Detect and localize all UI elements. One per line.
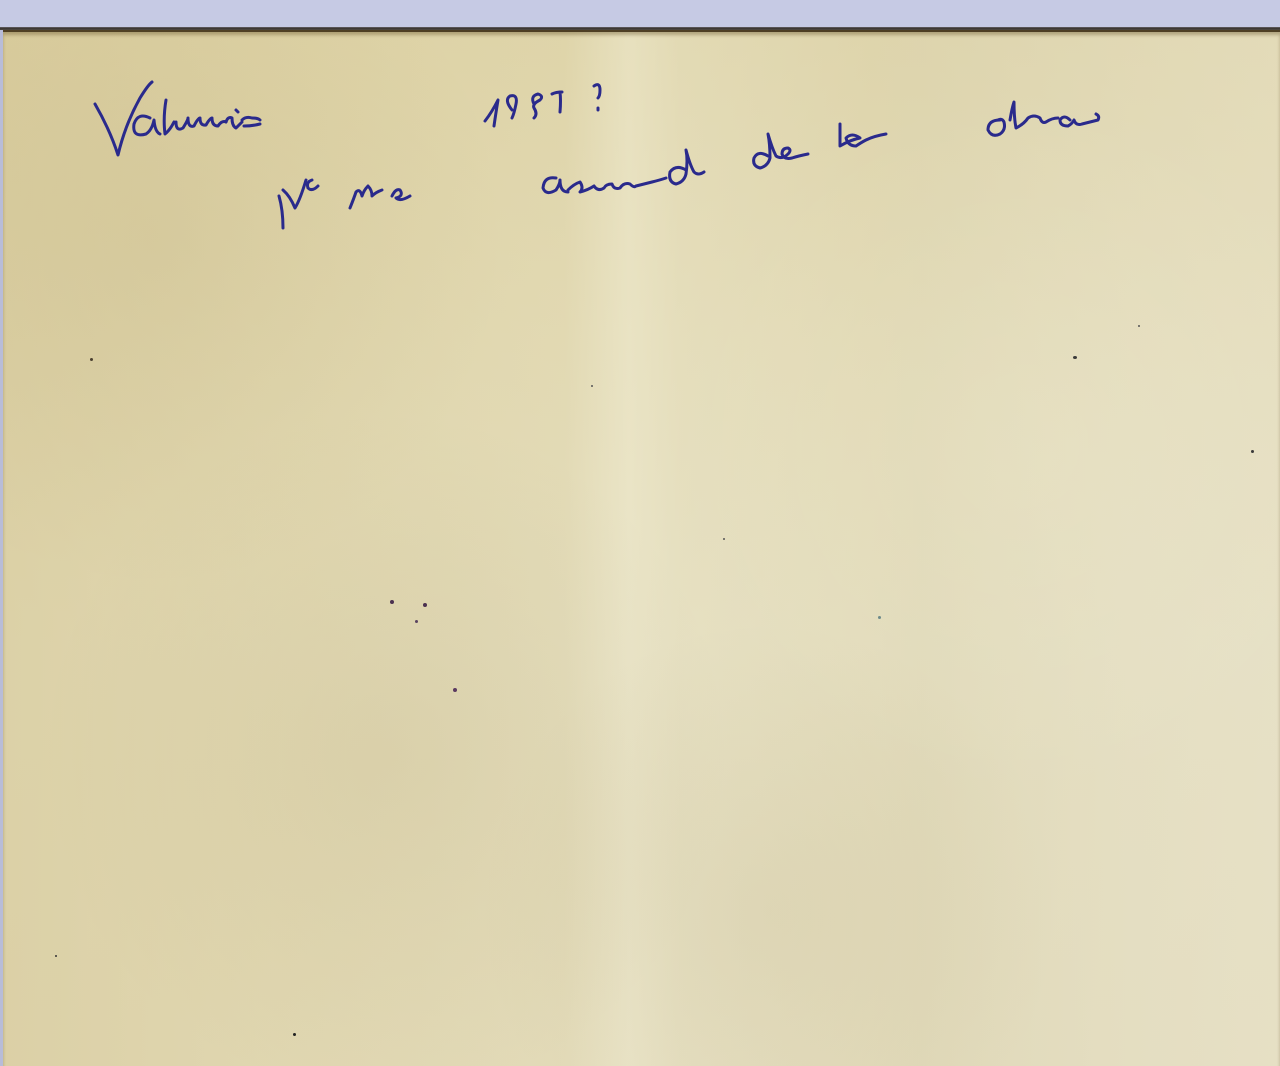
paper-speck	[723, 538, 725, 540]
paper-speck	[390, 600, 394, 604]
paper-speck	[423, 603, 427, 607]
paper-speck	[415, 620, 418, 623]
paper-speck	[591, 385, 593, 387]
paper-speck	[55, 955, 57, 957]
paper-speck	[1138, 325, 1140, 327]
paper-speck	[1073, 356, 1077, 359]
paper-speck	[90, 358, 93, 361]
paper-speck	[293, 1033, 296, 1036]
paper-speck	[453, 688, 457, 692]
paper-speck	[1251, 450, 1254, 453]
paper-speck	[878, 616, 881, 619]
photo-back-paper	[3, 30, 1280, 1066]
